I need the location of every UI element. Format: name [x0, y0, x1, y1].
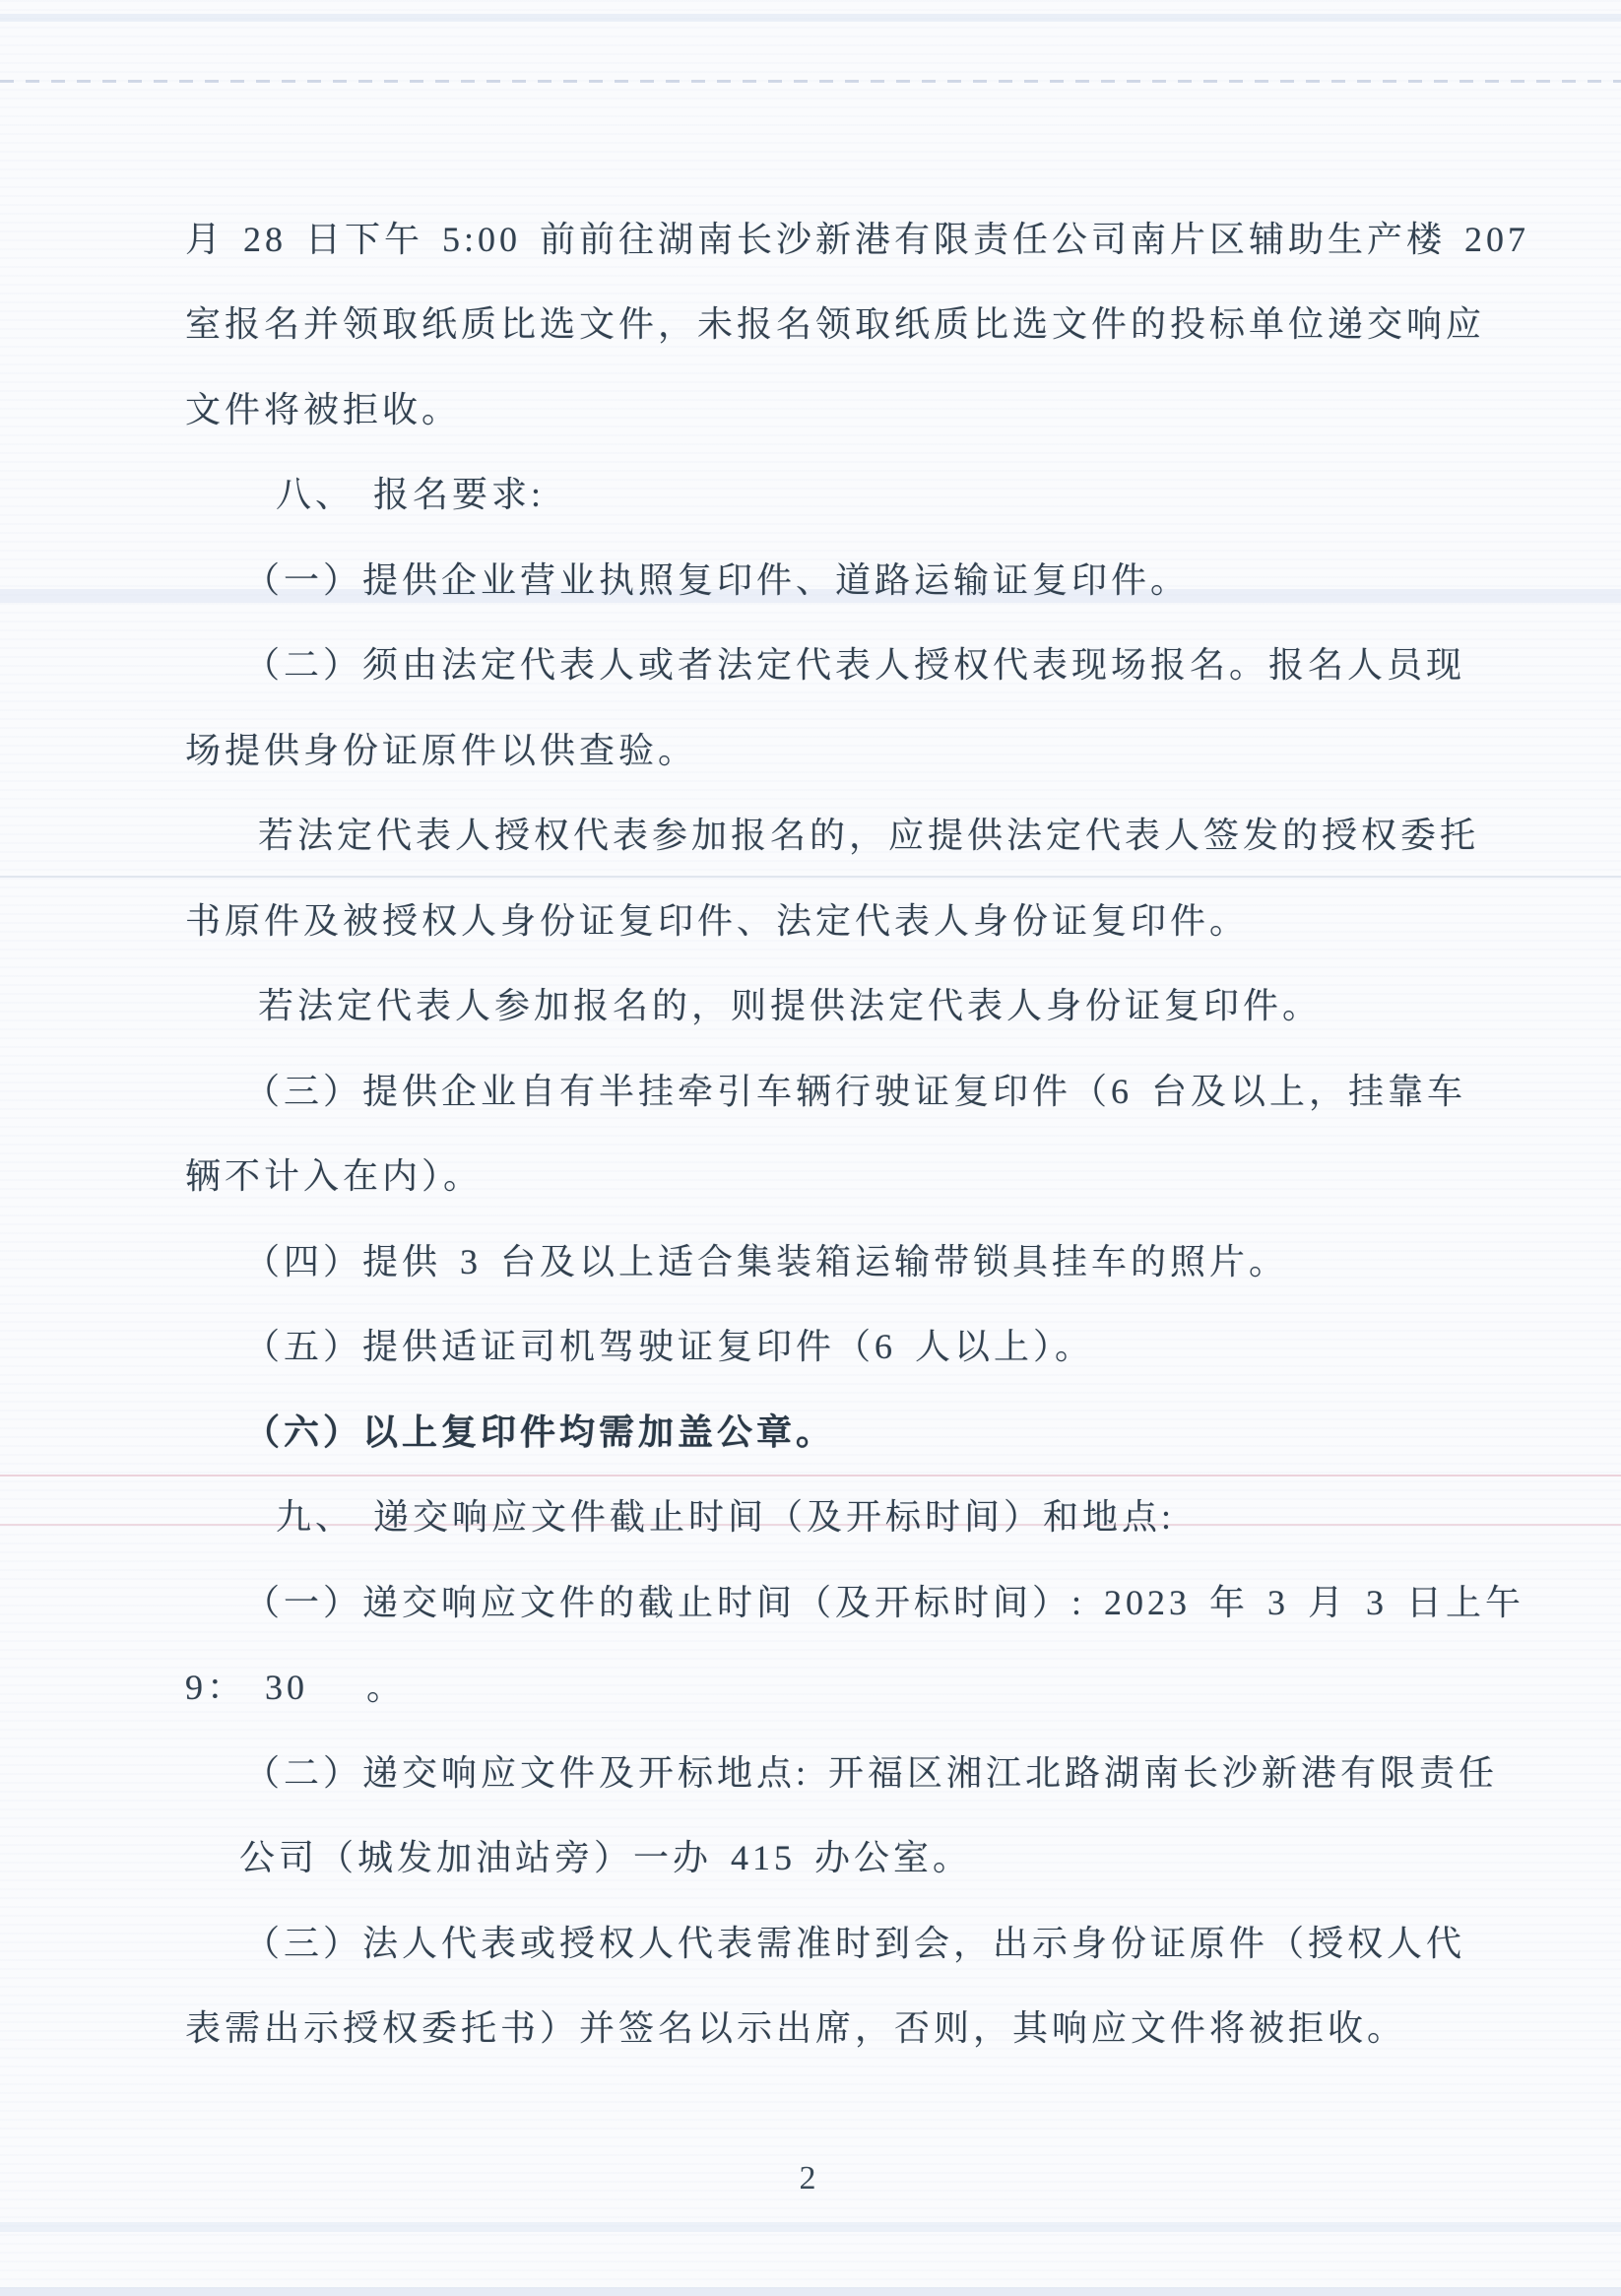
text-line: 9： 30 。 — [185, 1666, 406, 1709]
scan-artifact-band — [0, 2287, 1621, 2296]
text-line: （二）须由法定代表人或者法定代表人授权代表现场报名。报名人员现 — [244, 643, 1465, 687]
text-line: 月 28 日下午 5:00 前前往湖南长沙新港有限责任公司南片区辅助生产楼 20… — [185, 218, 1529, 261]
text-line: （二）递交响应文件及开标地点: 开福区湘江北路湖南长沙新港有限责任 — [244, 1751, 1498, 1795]
text-line-bold: （六）以上复印件均需加盖公章。 — [244, 1410, 835, 1454]
text-line: 公司（城发加油站旁）一办 415 办公室。 — [239, 1836, 972, 1879]
text-line: （五）提供适证司机驾驶证复印件（6 人以上）。 — [244, 1325, 1094, 1368]
text-line: （四）提供 3 台及以上适合集装箱运输带锁具挂车的照片。 — [244, 1240, 1288, 1283]
page-number: 2 — [591, 2159, 1024, 2198]
scan-artifact-band — [0, 14, 1621, 22]
text-line: 文件将被拒收。 — [185, 388, 461, 431]
scan-artifact-band — [0, 2222, 1621, 2232]
text-line: （一）递交响应文件的截止时间（及开标时间）: 2023 年 3 月 3 日上午 — [244, 1581, 1524, 1624]
text-line: 辆不计入在内）。 — [185, 1154, 483, 1198]
text-line: 室报名并领取纸质比选文件，未报名领取纸质比选文件的投标单位递交响应 — [185, 302, 1485, 346]
scan-artifact-hairline — [0, 876, 1621, 878]
scan-artifact-dotted-line — [0, 80, 1621, 83]
section-heading-line: 九、 递交响应文件截止时间（及开标时间）和地点: — [276, 1495, 1175, 1539]
text-line: 若法定代表人参加报名的，则提供法定代表人身份证复印件。 — [258, 984, 1322, 1027]
text-line: （一）提供企业营业执照复印件、道路运输证复印件。 — [244, 558, 1190, 602]
scan-artifact-pink-hairline — [0, 1475, 1621, 1476]
text-line: 书原件及被授权人身份证复印件、法定代表人身份证复印件。 — [185, 899, 1249, 943]
text-line: 表需出示授权委托书）并签名以示出席，否则，其响应文件将被拒收。 — [185, 2006, 1406, 2050]
section-heading-line: 八、 报名要求: — [276, 473, 545, 516]
text-line: （三）法人代表或授权人代表需准时到会，出示身份证原件（授权人代 — [244, 1922, 1465, 1965]
text-line: （三）提供企业自有半挂牵引车辆行驶证复印件（6 台及以上，挂靠车 — [244, 1070, 1466, 1113]
document-page: 月 28 日下午 5:00 前前往湖南长沙新港有限责任公司南片区辅助生产楼 20… — [0, 0, 1621, 2296]
text-line: 若法定代表人授权代表参加报名的，应提供法定代表人签发的授权委托 — [258, 814, 1479, 857]
text-line: 场提供身份证原件以供查验。 — [185, 729, 697, 772]
